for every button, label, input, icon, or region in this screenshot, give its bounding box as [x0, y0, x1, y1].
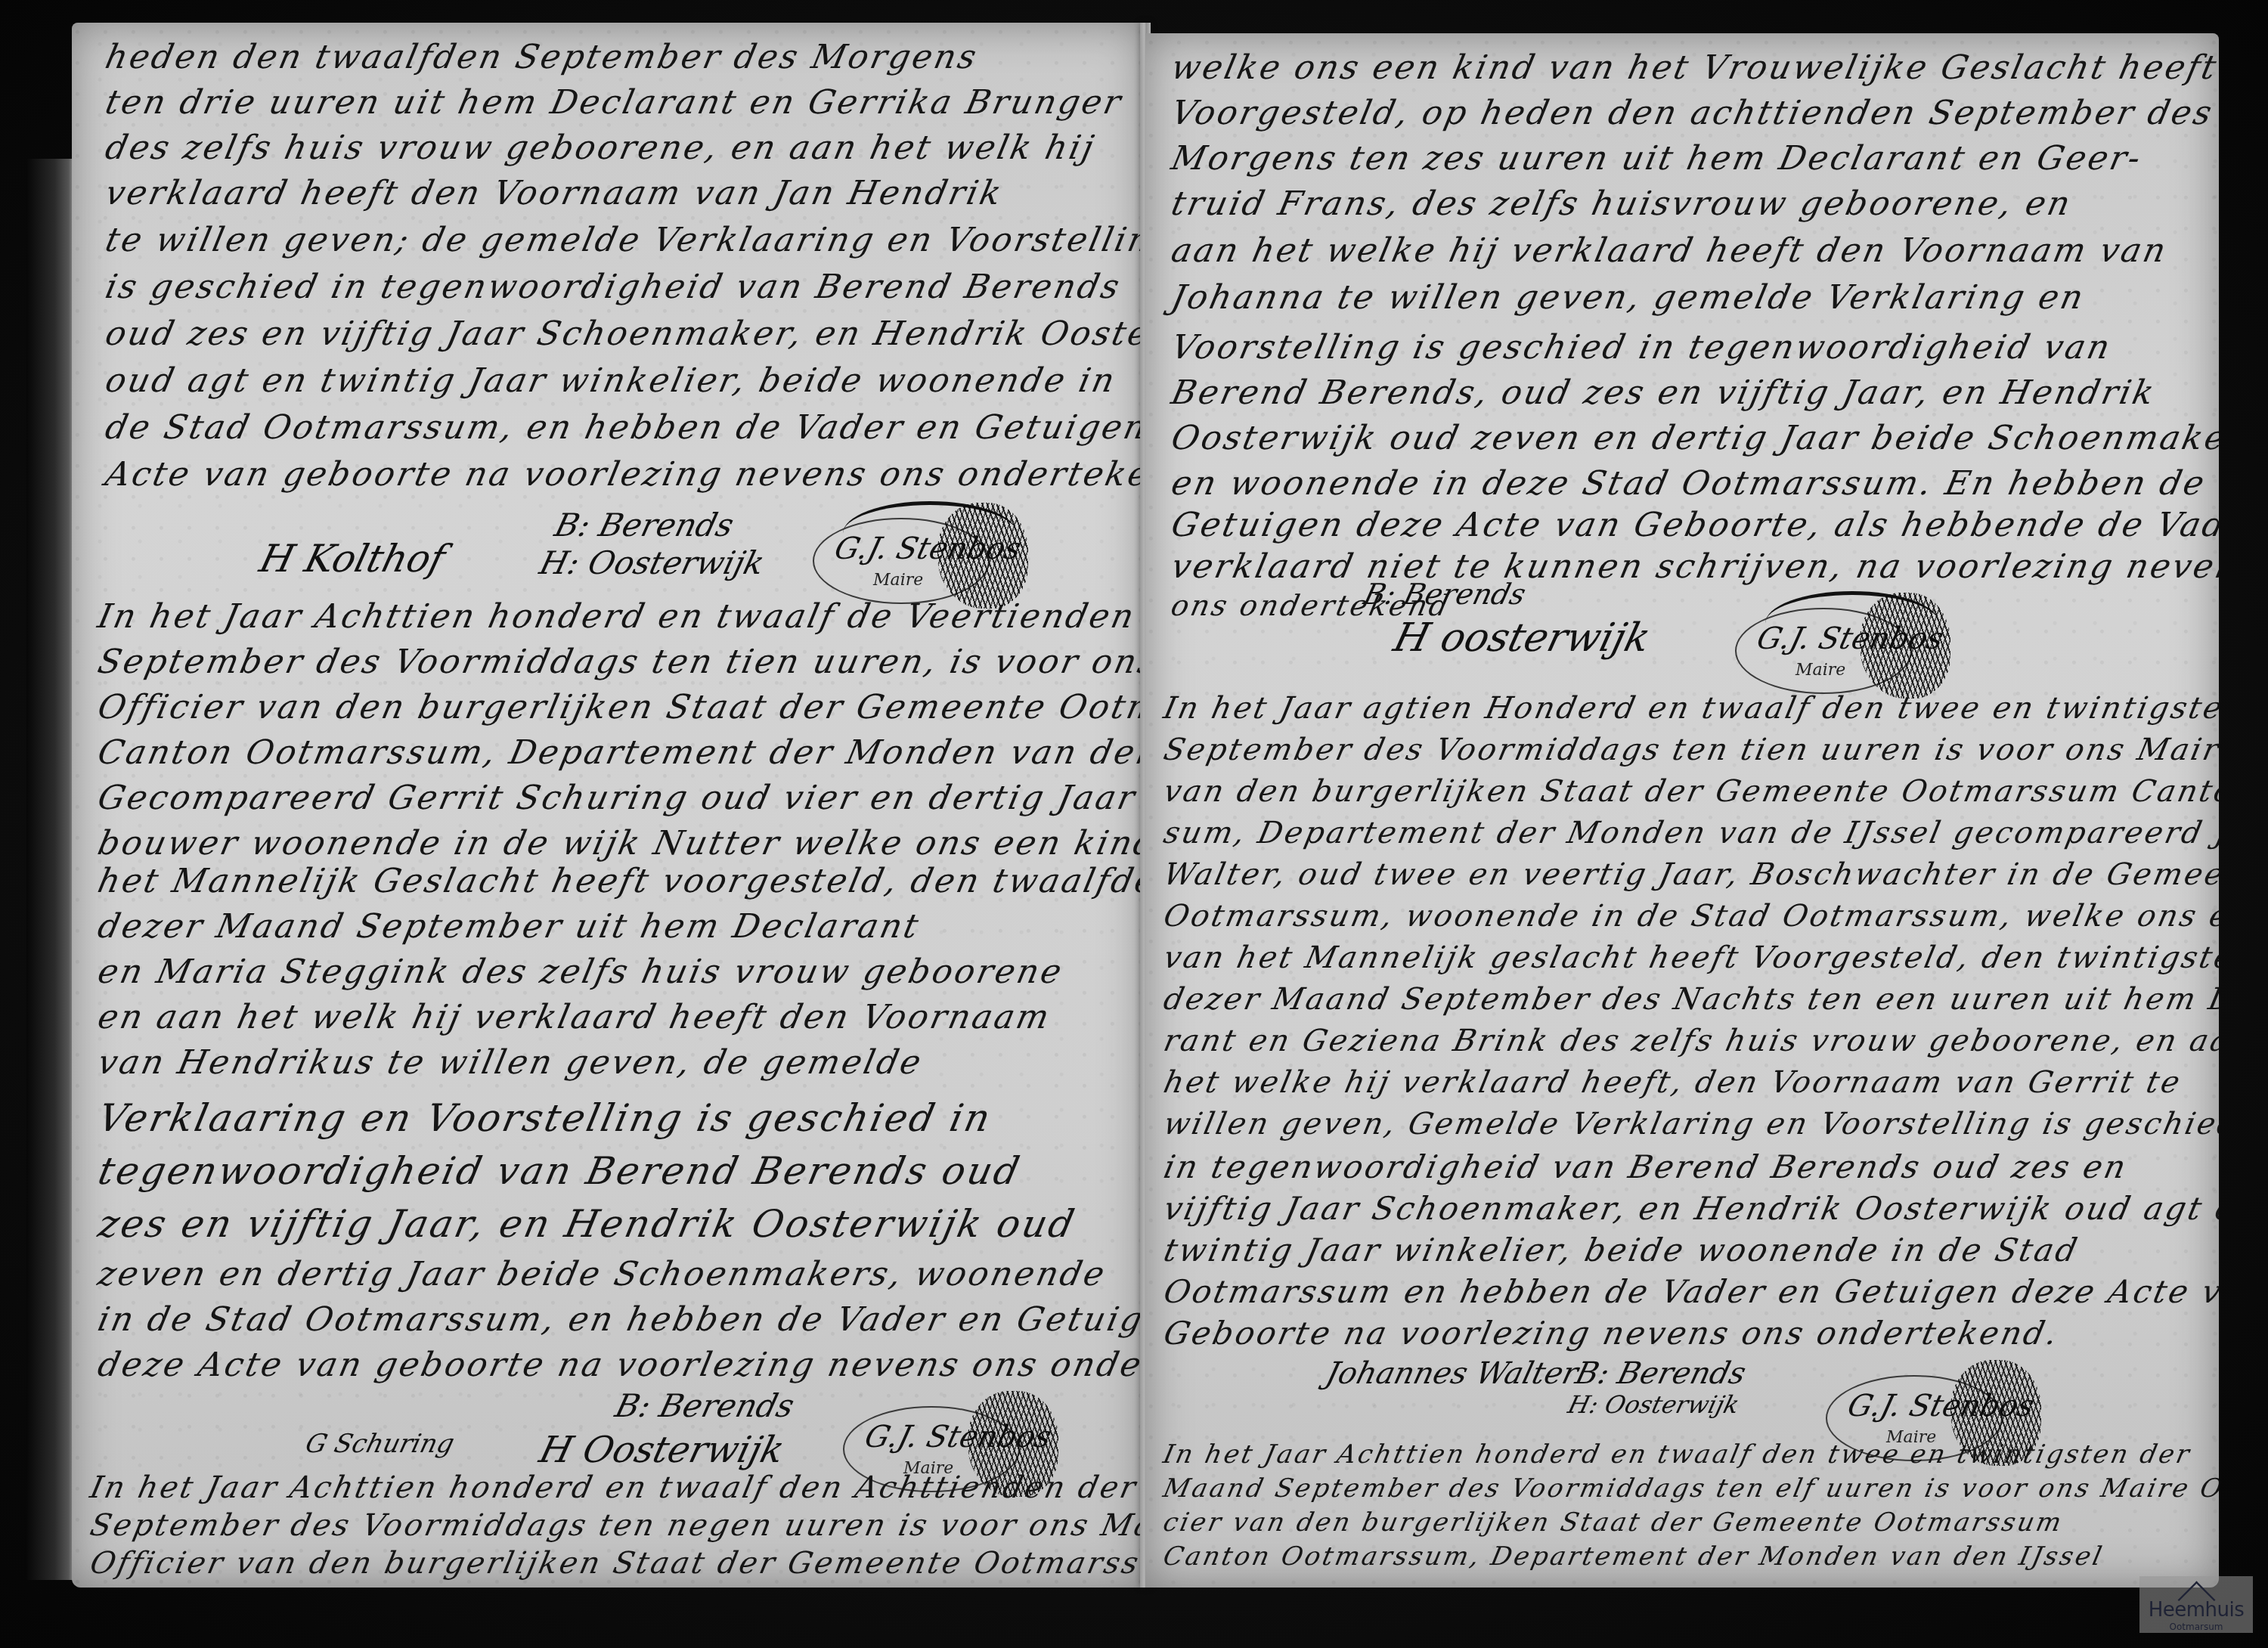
signature-witness-2: H: Oosterwijk [536, 544, 768, 581]
handwritten-line: de Stad Ootmarssum, en hebben de Vader e… [102, 408, 1145, 447]
signature-witness-2: H: Oosterwijk [1565, 1390, 1742, 1419]
handwritten-line: van het Mannelijk geslacht heeft Voorges… [1160, 940, 2219, 975]
handwritten-line: des zelfs huis vrouw geboorene, en aan h… [102, 129, 1099, 167]
register-book-spread: heden den twaalfden September des Morgen… [72, 23, 2219, 1595]
handwritten-line: Gecompareerd Gerrit Schuring oud vier en… [94, 779, 1145, 817]
handwritten-line: rant en Geziena Brink des zelfs huis vro… [1160, 1024, 2219, 1058]
handwritten-line: Verklaaring en Voorstelling is geschied … [94, 1096, 996, 1140]
heemhuis-watermark-logo: Heemhuis Ootmarsum [2139, 1576, 2253, 1633]
handwritten-line: dezer Maand September uit hem Declarant [94, 907, 924, 946]
handwritten-line: Maand September des Voormiddags ten elf … [1160, 1473, 2219, 1504]
handwritten-line: heden den twaalfden September des Morgen… [102, 38, 981, 76]
handwritten-line: en Maria Steggink des zelfs huis vrouw g… [94, 953, 1067, 991]
signature-father: H Kolthof [256, 537, 450, 581]
paraph-scribble [937, 503, 1028, 609]
handwritten-line: bouwer woonende in de wijk Nutter welke … [94, 824, 1145, 863]
handwritten-line: Morgens ten zes uuren uit hem Declarant … [1168, 139, 2146, 178]
handwritten-line: te willen geven; de gemelde Verklaaring … [102, 221, 1145, 259]
handwritten-line: Voorstelling is geschied in tegenwoordig… [1168, 328, 2115, 367]
handwritten-line: Canton Ootmarssum, Departement der Monde… [1160, 1541, 2107, 1572]
handwritten-line: Geboorte na voorlezing nevens ons ondert… [1160, 1315, 2063, 1352]
mayor-signature-flourish: G.J. Stenbos Maire [1735, 585, 1962, 699]
handwritten-line: is geschied in tegenwoordigheid van Bere… [102, 268, 1125, 306]
left-page: heden den twaalfden September des Morgen… [72, 23, 1145, 1588]
book-binding-edge [26, 159, 73, 1580]
handwritten-line: truid Frans, des zelfs huisvrouw geboore… [1168, 184, 2076, 223]
handwritten-line: van Hendrikus te willen geven, de gemeld… [94, 1043, 927, 1082]
handwritten-line: Voorgesteld, op heden den achttienden Se… [1168, 94, 2217, 132]
handwritten-line: cier van den burgerlijken Staat der Geme… [1160, 1507, 2066, 1538]
handwritten-line: September des Voormiddags ten negen uure… [87, 1508, 1145, 1543]
handwritten-line: In het Jaar Achttien honderd en twaalf d… [94, 597, 1145, 636]
handwritten-line: Oosterwijk oud zeven en dertig Jaar beid… [1168, 419, 2219, 457]
handwritten-line: In het Jaar agtien Honderd en twaalf den… [1160, 691, 2219, 726]
handwritten-line: vijftig Jaar Schoenmaker, en Hendrik Oos… [1160, 1190, 2219, 1227]
handwritten-line: in de Stad Ootmarssum, en hebben de Vade… [94, 1300, 1145, 1339]
signature-father: Johannes Walter [1322, 1356, 1582, 1391]
handwritten-line: oud zes en vijftig Jaar Schoenmaker, en … [102, 314, 1145, 353]
handwritten-line: verklaard niet te kunnen schrijven, na v… [1168, 547, 2219, 586]
mayor-title: Maire [873, 571, 923, 590]
handwritten-line: Acte van geboorte na voorlezing nevens o… [102, 455, 1145, 494]
handwritten-line: welke ons een kind van het Vrouwelijke G… [1168, 48, 2219, 87]
signature-witness-1: B: Berends [612, 1387, 798, 1424]
signature-witness-2: H oosterwijk [1390, 615, 1655, 661]
signature-witness-1: B: Berends [1361, 578, 1529, 611]
handwritten-line: tegenwoordigheid van Berend Berends oud [94, 1149, 1025, 1193]
watermark-brand: Heemhuis [2141, 1599, 2251, 1622]
right-page: welke ons een kind van het Vrouwelijke G… [1145, 33, 2219, 1588]
handwritten-line: deze Acte van geboorte na voorlezing nev… [94, 1346, 1145, 1384]
handwritten-line: in tegenwoordigheid van Berend Berends o… [1160, 1148, 2131, 1185]
watermark-place: Ootmarsum [2139, 1622, 2253, 1632]
handwritten-line: Officier van den burgerlijken Staat der … [87, 1546, 1145, 1581]
handwritten-line: willen geven, Gemelde Verklaring en Voor… [1160, 1107, 2219, 1142]
handwritten-line: het Mannelijk Geslacht heeft voorgesteld… [94, 862, 1145, 900]
handwritten-line: September des Voormiddags ten tien uuren… [1160, 733, 2219, 767]
handwritten-line: Canton Ootmarssum, Departement der Monde… [94, 733, 1145, 772]
handwritten-line: zes en vijftig Jaar, en Hendrik Oosterwi… [94, 1202, 1080, 1246]
handwritten-line: en aan het welk hij verklaard heeft den … [94, 998, 1055, 1036]
mayor-title: Maire [1795, 661, 1845, 680]
handwritten-line: dezer Maand September des Nachts ten een… [1160, 982, 2219, 1017]
signature-father: G Schuring [302, 1429, 457, 1459]
handwritten-line: In het Jaar Achttien honderd en twaalf d… [87, 1470, 1145, 1505]
handwritten-line: van den burgerlijken Staat der Gemeente … [1160, 774, 2219, 809]
mayor-signature-flourish: G.J. Stenbos Maire [813, 495, 1039, 609]
signature-witness-2: H Oosterwijk [535, 1429, 789, 1471]
handwritten-line: Walter, oud twee en veertig Jaar, Boschw… [1160, 857, 2219, 892]
paraph-scribble [1860, 593, 1950, 699]
handwritten-line: Officier van den burgerlijken Staat der … [94, 688, 1145, 726]
handwritten-line: het welke hij verklaard heeft, den Voorn… [1160, 1065, 2185, 1100]
handwritten-line: ten drie uuren uit hem Declarant en Gerr… [102, 83, 1126, 122]
handwritten-line: en woonende in deze Stad Ootmarssum. En … [1168, 464, 2210, 503]
handwritten-line: In het Jaar Achttien honderd en twaalf d… [1160, 1439, 2194, 1470]
handwritten-line: oud agt en twintig Jaar winkelier, beide… [102, 361, 1120, 400]
handwritten-line: verklaard heeft den Voornaam van Jan Hen… [102, 174, 1007, 212]
handwritten-line: sum, Departement der Monden van de IJsse… [1160, 816, 2219, 850]
handwritten-line: twintig Jaar winkelier, beide woonende i… [1160, 1231, 2083, 1269]
handwritten-line: Getuigen deze Acte van Geboorte, als heb… [1168, 506, 2219, 544]
handwritten-line: Ootmarssum, woonende in de Stad Ootmarss… [1160, 899, 2219, 934]
handwritten-line: zeven en dertig Jaar beide Schoenmakers,… [94, 1255, 1110, 1293]
handwritten-line: September des Voormiddags ten tien uuren… [94, 643, 1145, 681]
signature-witness-1: B: Berends [1572, 1356, 1749, 1391]
signature-witness-1: B: Berends [551, 506, 738, 544]
handwritten-line: Ootmarssum en hebben de Vader en Getuige… [1160, 1273, 2219, 1310]
handwritten-line: Johanna te willen geven, gemelde Verklar… [1168, 278, 2089, 317]
handwritten-line: aan het welke hij verklaard heeft den Vo… [1168, 231, 2171, 270]
handwritten-line: Berend Berends, oud zes en vijftig Jaar,… [1168, 373, 2159, 412]
